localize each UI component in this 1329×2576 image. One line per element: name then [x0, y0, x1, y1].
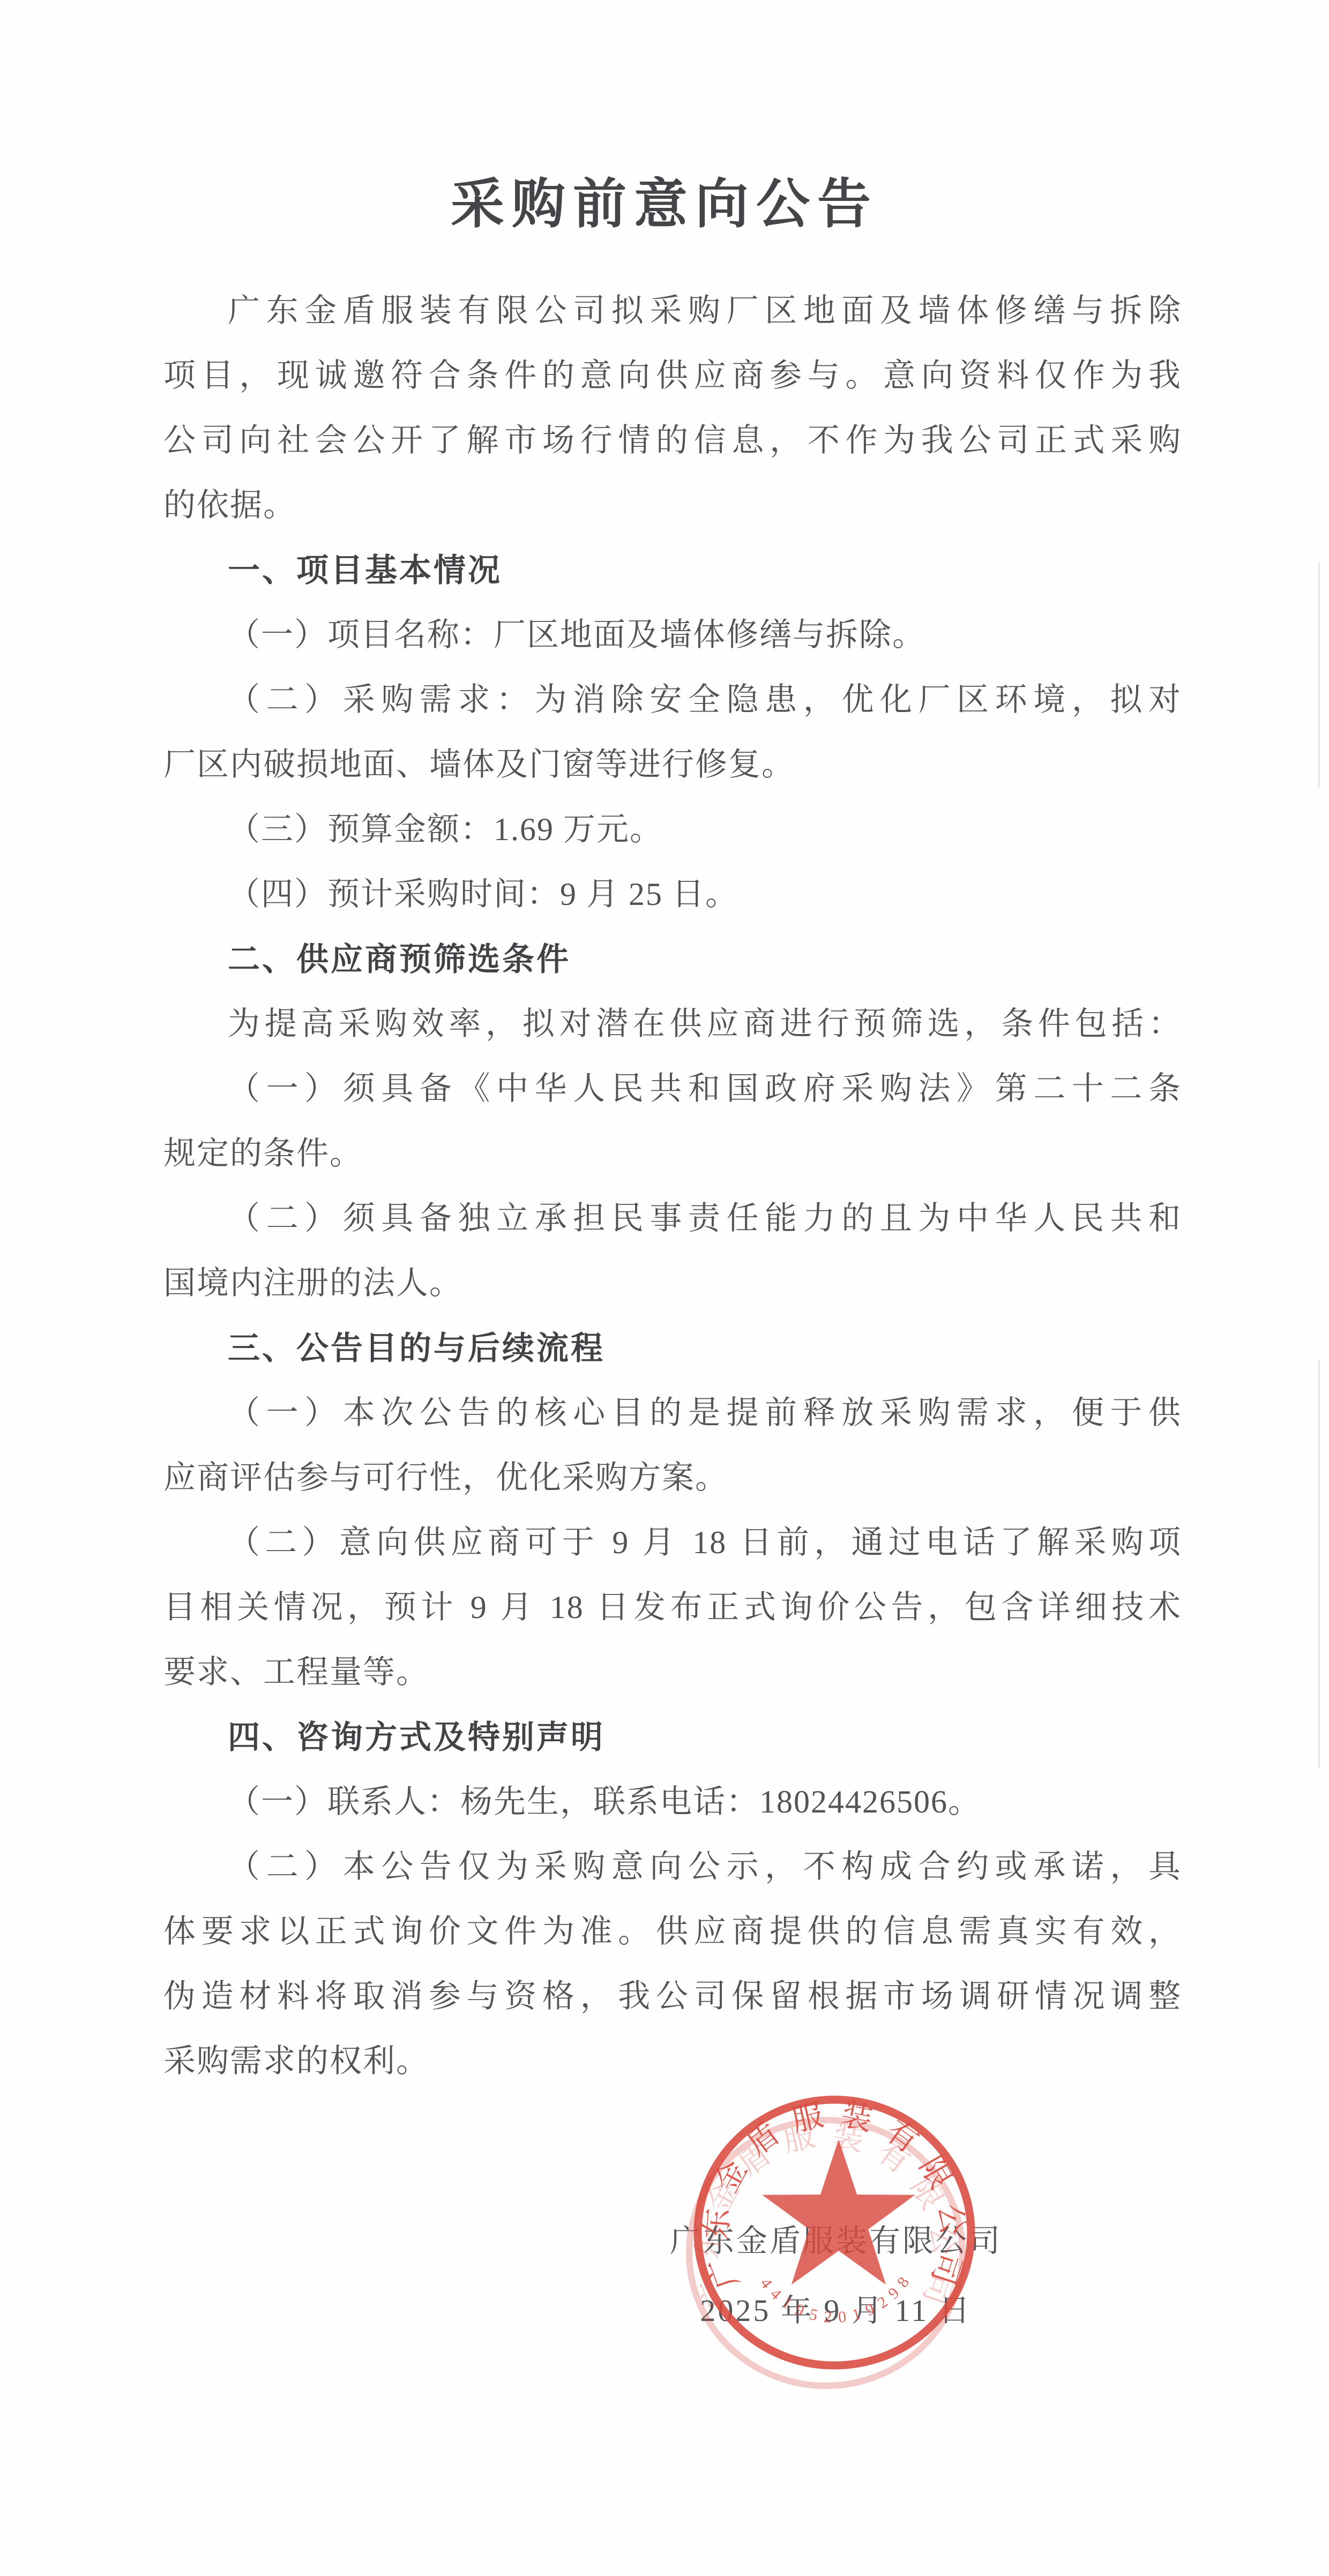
- section-heading-2: 二、供应商预筛选条件: [163, 927, 1182, 992]
- section-1-line: （一）项目名称：厂区地面及墙体修缮与拆除。: [163, 603, 1182, 668]
- section-4-line: 采购需求的权利。: [163, 2029, 1182, 2094]
- section-3-line: （二）意向供应商可于 9 月 18 日前，通过电话了解采购项: [163, 1510, 1182, 1575]
- section-3-line: 应商评估参与可行性，优化采购方案。: [163, 1446, 1182, 1510]
- section-heading-4: 四、咨询方式及特别声明: [163, 1705, 1182, 1770]
- section-3-line: （一）本次公告的核心目的是提前释放采购需求，便于供: [163, 1381, 1182, 1446]
- document-title: 采购前意向公告: [0, 161, 1329, 238]
- section-1-line: （三）预算金额：1.69 万元。: [163, 797, 1182, 862]
- section-1-line: 厂区内破损地面、墙体及门窗等进行修复。: [163, 732, 1182, 797]
- scan-artifact-line: [1318, 563, 1320, 788]
- section-2-line: 国境内注册的法人。: [163, 1251, 1182, 1316]
- document-page: 采购前意向公告 广东金盾服装有限公司拟采购厂区地面及墙体修缮与拆除 项目，现诚邀…: [0, 0, 1329, 2576]
- section-4-line: 体要求以正式询价文件为准。供应商提供的信息需真实有效，: [163, 1899, 1182, 1964]
- section-3-line: 要求、工程量等。: [163, 1640, 1182, 1705]
- section-heading-3: 三、公告目的与后续流程: [163, 1316, 1182, 1381]
- section-2-line: （二）须具备独立承担民事责任能力的且为中华人民共和: [163, 1186, 1182, 1251]
- document-body: 广东金盾服装有限公司拟采购厂区地面及墙体修缮与拆除 项目，现诚邀符合条件的意向供…: [163, 279, 1182, 2094]
- section-1-line: （二）采购需求：为消除安全隐患，优化厂区环境，拟对: [163, 668, 1182, 732]
- signature-company: 广东金盾服装有限公司: [611, 2206, 1061, 2276]
- section-4-line contact-line: （一）联系人：杨先生，联系电话：18024426506。: [163, 1770, 1182, 1834]
- intro-line: 的依据。: [163, 473, 1182, 538]
- section-2-line: 规定的条件。: [163, 1121, 1182, 1186]
- scan-artifact-line: [1318, 1361, 1320, 1768]
- signature-block: 广东金盾服装有限公司 2025 年 9 月 11 日: [611, 2206, 1061, 2346]
- section-3-line: 目相关情况，预计 9 月 18 日发布正式询价公告，包含详细技术: [163, 1575, 1182, 1640]
- intro-line: 项目，现诚邀符合条件的意向供应商参与。意向资料仅作为我: [163, 343, 1182, 408]
- section-heading-1: 一、项目基本情况: [163, 538, 1182, 603]
- signature-date: 2025 年 9 月 11 日: [611, 2276, 1061, 2346]
- intro-line: 广东金盾服装有限公司拟采购厂区地面及墙体修缮与拆除: [163, 279, 1182, 343]
- section-4-line: （二）本公告仅为采购意向公示，不构成合约或承诺，具: [163, 1834, 1182, 1899]
- section-1-line: （四）预计采购时间：9 月 25 日。: [163, 862, 1182, 927]
- section-2-line: 为提高采购效率，拟对潜在供应商进行预筛选，条件包括：: [163, 992, 1182, 1057]
- section-4-line: 伪造材料将取消参与资格，我公司保留根据市场调研情况调整: [163, 1964, 1182, 2029]
- intro-line: 公司向社会公开了解市场行情的信息，不作为我公司正式采购: [163, 408, 1182, 473]
- section-2-line: （一）须具备《中华人民共和国政府采购法》第二十二条: [163, 1057, 1182, 1121]
